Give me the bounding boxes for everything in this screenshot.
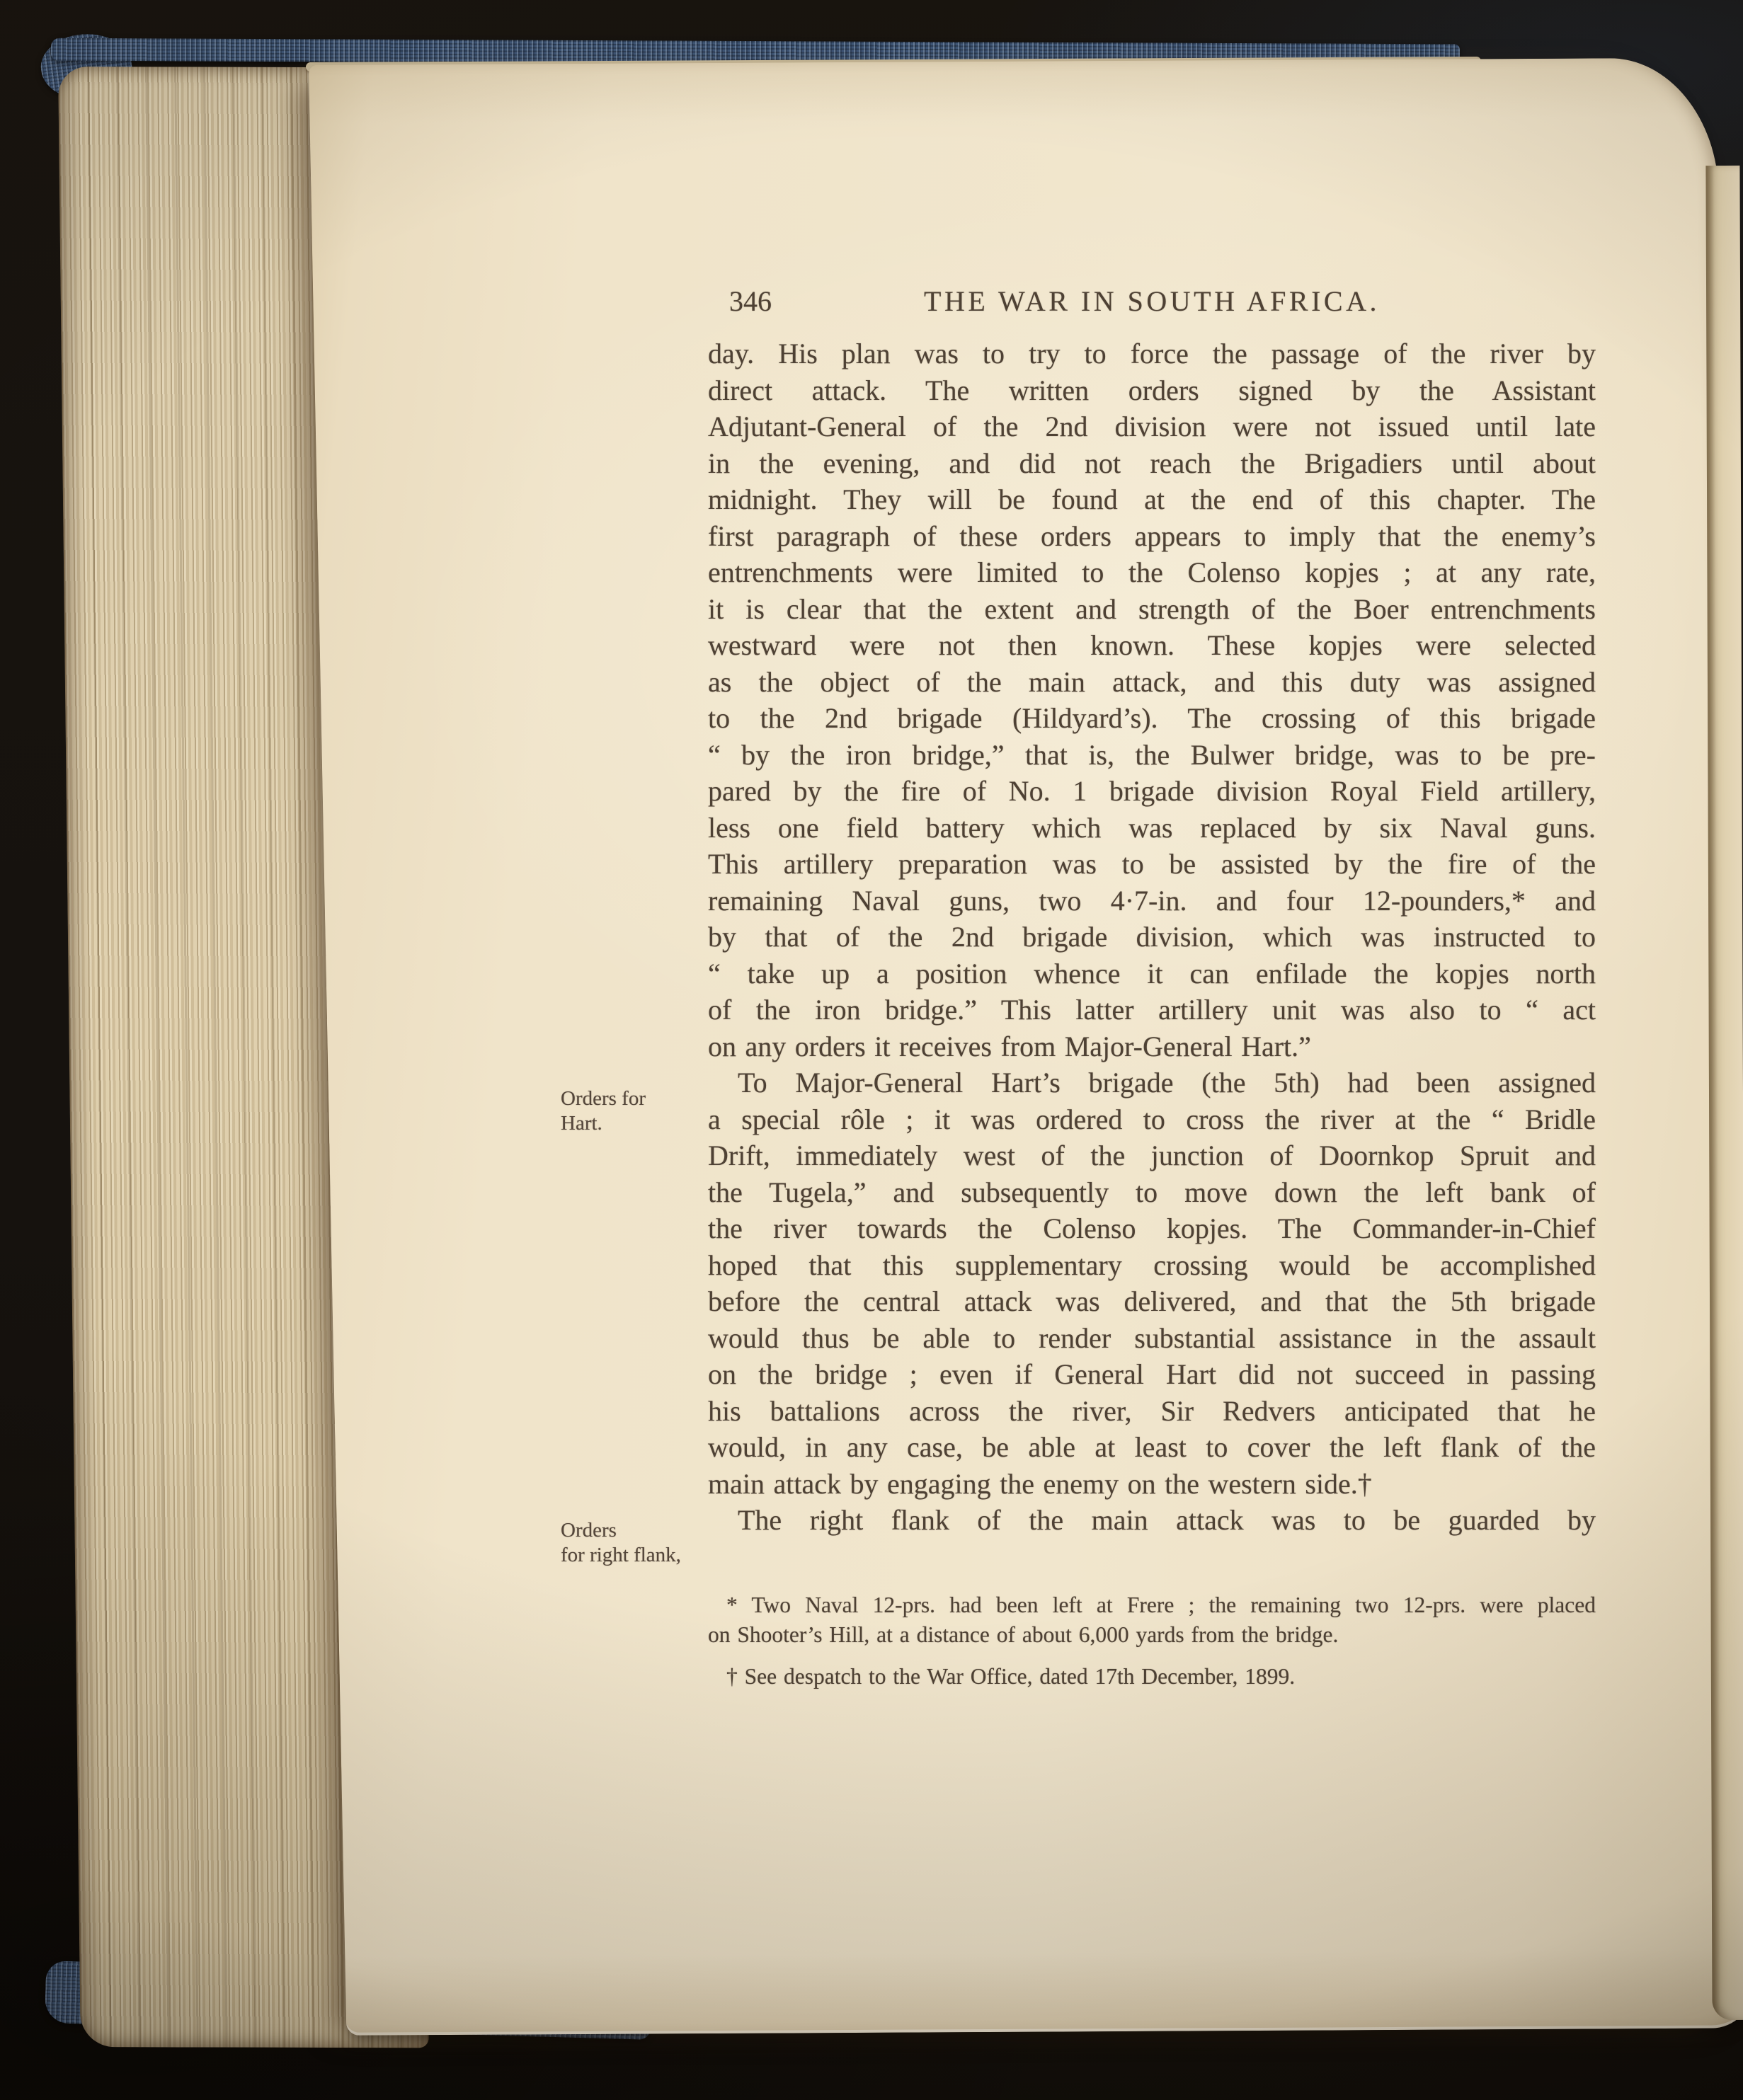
body-line: the Tugela,” and subsequently to move do…	[708, 1174, 1596, 1211]
body-line: before the central attack was delivered,…	[708, 1283, 1596, 1320]
body-text: day. His plan was to try to force the pa…	[708, 335, 1596, 1539]
running-title: THE WAR IN SOUTH AFRICA.	[708, 285, 1596, 318]
footnote-line: on Shooter’s Hill, at a distance of abou…	[708, 1620, 1596, 1650]
margin-note-line: Orders	[561, 1518, 681, 1543]
margin-note-orders-right-flank: Orders for right flank,	[561, 1518, 681, 1568]
body-line: to the 2nd brigade (Hildyard’s). The cro…	[708, 700, 1596, 737]
body-line: pared by the fire of No. 1 brigade divis…	[708, 773, 1596, 810]
body-line: would thus be able to render substantial…	[708, 1320, 1596, 1357]
printed-text-layer: 346 THE WAR IN SOUTH AFRICA. day. His pl…	[0, 0, 1743, 2100]
body-line: “ take up a position whence it can enfil…	[708, 956, 1596, 992]
margin-note-orders-for-hart: Orders for Hart.	[561, 1086, 646, 1136]
body-line: direct attack. The written orders signed…	[708, 372, 1596, 409]
body-line: Adjutant-General of the 2nd division wer…	[708, 408, 1596, 445]
body-line: the river towards the Colenso kopjes. Th…	[708, 1210, 1596, 1247]
margin-note-line: for right flank,	[561, 1543, 681, 1568]
body-line: remaining Naval guns, two 4·7-in. and fo…	[708, 883, 1596, 919]
body-line: in the evening, and did not reach the Br…	[708, 445, 1596, 482]
body-line: first paragraph of these orders appears …	[708, 518, 1596, 555]
body-line: day. His plan was to try to force the pa…	[708, 335, 1596, 372]
body-line: it is clear that the extent and strength…	[708, 591, 1596, 628]
body-line: on any orders it receives from Major-Gen…	[708, 1028, 1596, 1065]
body-line: his battalions across the river, Sir Red…	[708, 1393, 1596, 1430]
body-line: as the object of the main attack, and th…	[708, 664, 1596, 701]
footnote-line: * Two Naval 12-prs. had been left at Fre…	[708, 1590, 1596, 1620]
body-line: by that of the 2nd brigade division, whi…	[708, 919, 1596, 956]
body-line: a special rôle ; it was ordered to cross…	[708, 1101, 1596, 1138]
body-line: on the bridge ; even if General Hart did…	[708, 1356, 1596, 1393]
body-line: entrenchments were limited to the Colens…	[708, 554, 1596, 591]
body-line: Drift, immediately west of the junction …	[708, 1137, 1596, 1174]
body-line: westward were not then known. These kopj…	[708, 627, 1596, 664]
body-line: main attack by engaging the enemy on the…	[708, 1466, 1596, 1503]
body-line: hoped that this supplementary crossing w…	[708, 1247, 1596, 1284]
margin-note-line: Hart.	[561, 1111, 646, 1136]
body-line: “ by the iron bridge,” that is, the Bulw…	[708, 737, 1596, 774]
body-line: To Major-General Hart’s brigade (the 5th…	[708, 1065, 1596, 1101]
margin-note-line: Orders for	[561, 1086, 646, 1111]
body-line: would, in any case, be able at least to …	[708, 1429, 1596, 1466]
footnotes: * Two Naval 12-prs. had been left at Fre…	[708, 1590, 1596, 1692]
scan-background: 346 THE WAR IN SOUTH AFRICA. day. His pl…	[0, 0, 1743, 2100]
body-line: The right flank of the main attack was t…	[708, 1502, 1596, 1539]
footnote-line: † See despatch to the War Office, dated …	[708, 1662, 1596, 1692]
body-line: of the iron bridge.” This latter artille…	[708, 992, 1596, 1028]
body-line: This artillery preparation was to be ass…	[708, 846, 1596, 883]
body-line: midnight. They will be found at the end …	[708, 481, 1596, 518]
body-line: less one field battery which was replace…	[708, 810, 1596, 847]
